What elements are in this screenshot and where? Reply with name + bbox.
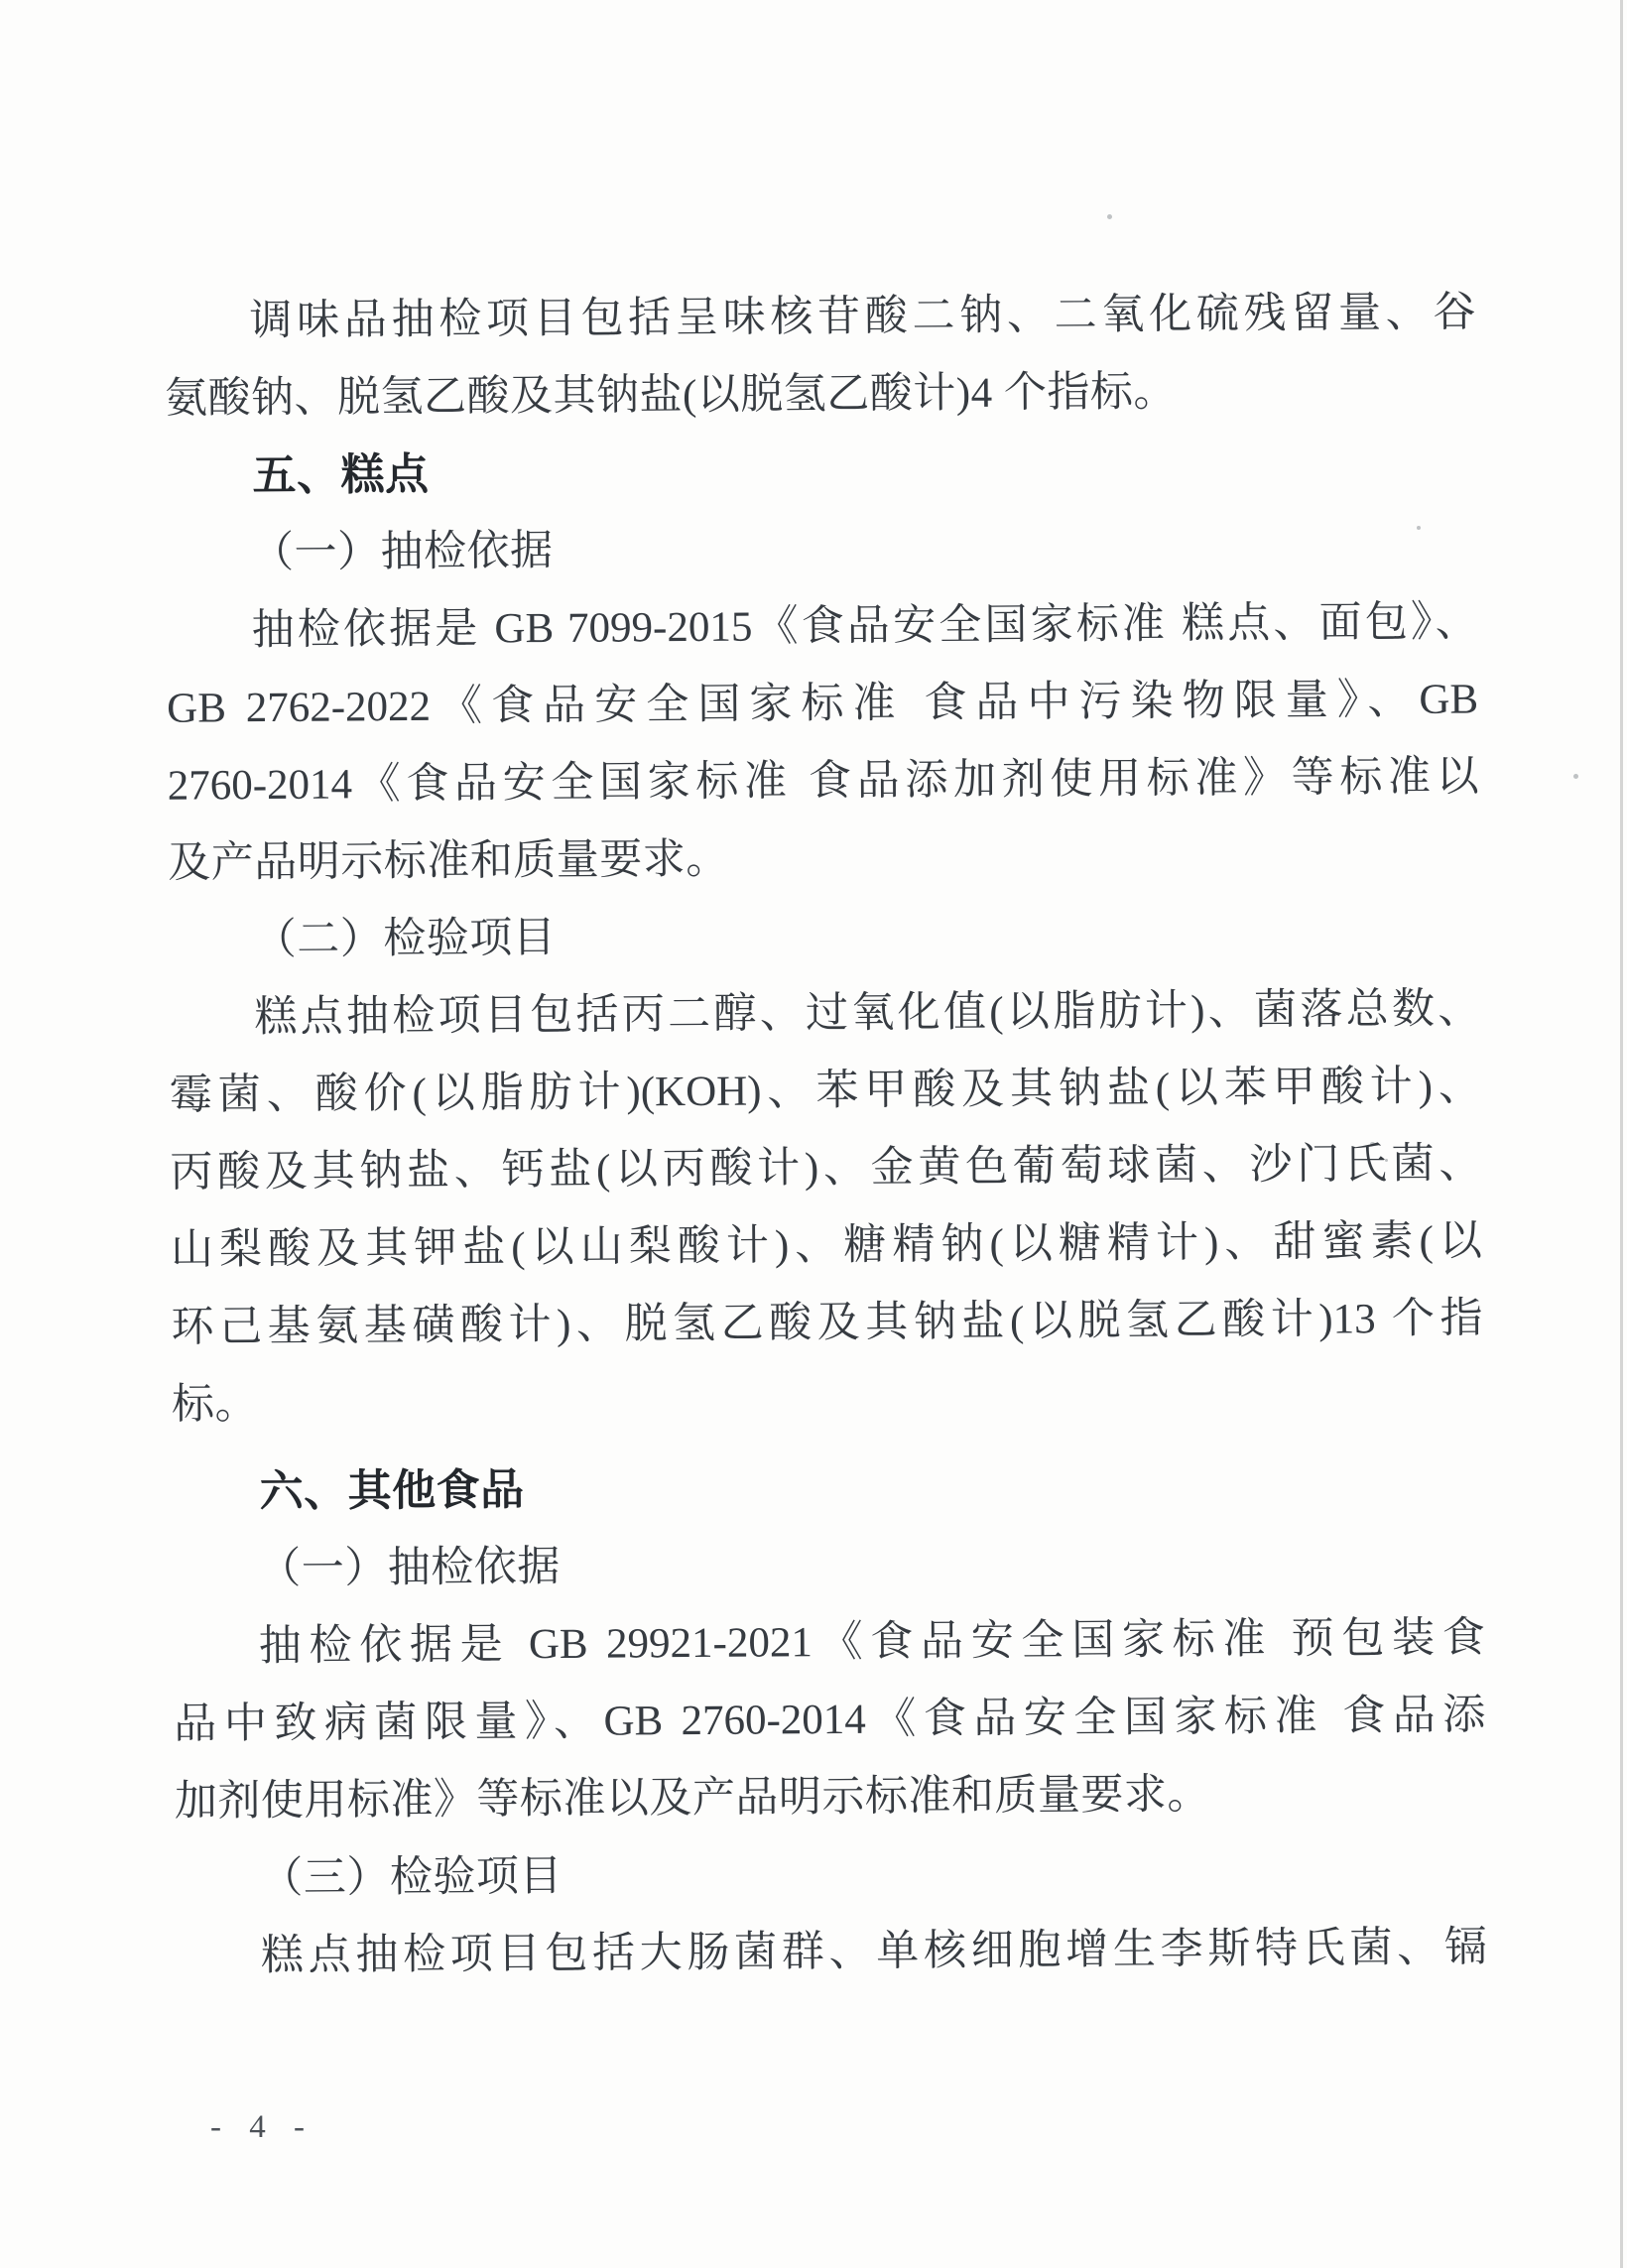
heading-section-5: 五、糕点 <box>165 429 1477 515</box>
heading-section-6: 六、其他食品 <box>172 1445 1484 1531</box>
subheading-items: （二）检验项目 <box>169 893 1481 979</box>
paragraph-line: 品中致病菌限量》、GB 2760-2014《食品安全国家标准 食品添 <box>174 1677 1486 1763</box>
paragraph-line: 丙酸及其钠盐、钙盐(以丙酸计)、金黄色葡萄球菌、沙门氏菌、 <box>170 1125 1482 1211</box>
paragraph-line: 2760-2014《食品安全国家标准 食品添加剂使用标准》等标准以 <box>167 738 1479 824</box>
paragraph-line: 氨酸钠、脱氢乙酸及其钠盐(以脱氢乙酸计)4 个指标。 <box>165 351 1477 438</box>
subheading-items: （三）检验项目 <box>175 1831 1487 1918</box>
paragraph-line: 调味品抽检项目包括呈味核苷酸二钠、二氧化硫残留量、谷 <box>164 274 1476 360</box>
paragraph-line: 抽检依据是 GB 7099-2015《食品安全国家标准 糕点、面包》、 <box>166 583 1478 670</box>
paragraph-line: 糕点抽检项目包括大肠菌群、单核细胞增生李斯特氏菌、镉 <box>176 1909 1488 1995</box>
scan-speck <box>1573 774 1578 779</box>
paragraph-line: 抽检依据是 GB 29921-2021《食品安全国家标准 预包装食 <box>174 1599 1486 1686</box>
paragraph-line: 环己基氨基磺酸计)、脱氢乙酸及其钠盐(以脱氢乙酸计)13 个指 <box>171 1280 1483 1366</box>
subheading-basis: （一）抽检依据 <box>173 1522 1485 1608</box>
document-body: 调味品抽检项目包括呈味核苷酸二钠、二氧化硫残留量、谷 氨酸钠、脱氢乙酸及其钠盐(… <box>164 274 1487 1995</box>
paragraph-line: 标。 <box>172 1357 1484 1444</box>
paragraph-line: 及产品明示标准和质量要求。 <box>168 816 1480 902</box>
paragraph-line: 糕点抽检项目包括丙二醇、过氧化值(以脂肪计)、菌落总数、 <box>169 970 1481 1057</box>
page-number: - 4 - <box>210 2107 314 2147</box>
scan-speck <box>1107 214 1112 219</box>
paragraph-line: 山梨酸及其钾盐(以山梨酸计)、糖精钠(以糖精计)、甜蜜素(以 <box>171 1202 1483 1289</box>
scan-edge-line <box>1620 0 1623 2268</box>
paragraph-line: GB 2762-2022《食品安全国家标准 食品中污染物限量》、GB <box>167 661 1479 747</box>
paragraph-line: 加剂使用标准》等标准以及产品明示标准和质量要求。 <box>175 1754 1487 1840</box>
subheading-basis: （一）抽检依据 <box>166 506 1478 592</box>
document-page: 调味品抽检项目包括呈味核苷酸二钠、二氧化硫残留量、谷 氨酸钠、脱氢乙酸及其钠盐(… <box>0 0 1627 2268</box>
paragraph-line: 霉菌、酸价(以脂肪计)(KOH)、苯甲酸及其钠盐(以苯甲酸计)、 <box>170 1048 1482 1134</box>
